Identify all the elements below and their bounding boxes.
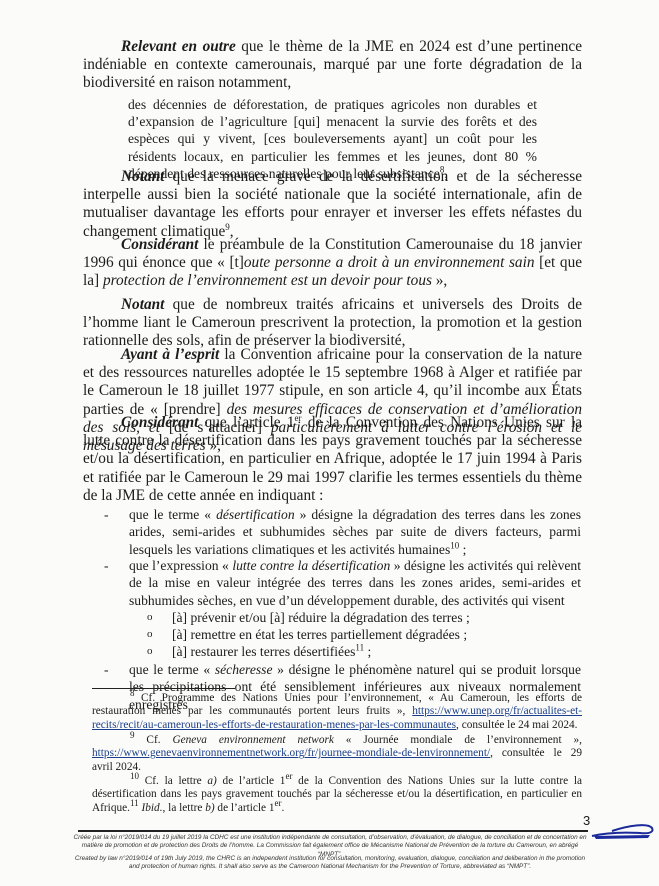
footnote-ref[interactable]: 10 xyxy=(450,540,459,550)
paragraph-lead: Relevant en outre xyxy=(121,38,236,55)
dash-bullet-icon: - xyxy=(104,557,109,574)
footer-text-en: Created by law n°2019/014 of 19th July 2… xyxy=(70,855,590,872)
pen-mark-icon xyxy=(590,822,658,844)
circle-bullet-icon: o xyxy=(147,626,153,643)
footnote-link[interactable]: https://www.genevaenvironnementnetwork.o… xyxy=(92,747,490,759)
paragraph-considerant-1: Considérant le préambule de la Constitut… xyxy=(83,236,582,291)
dash-bullet-icon: - xyxy=(104,506,109,523)
paragraph-notant-1: Notant que la menace grave de la déserti… xyxy=(83,168,582,241)
circle-bullet-icon: o xyxy=(147,643,153,660)
footnote-divider xyxy=(92,688,235,689)
footnote-8: 8 Cf. Programme des Nations Unies pour l… xyxy=(92,692,582,732)
paragraph-notant-2: Notant que de nombreux traités africains… xyxy=(83,296,582,351)
paragraph-considerant-2: Considérant que l’article 1er de la Conv… xyxy=(83,414,582,505)
footnote-9: 9 Cf. Geneva environnement network « Jou… xyxy=(92,734,582,774)
footnote-ref[interactable]: 11 xyxy=(355,642,364,652)
footer-divider xyxy=(78,830,588,832)
circle-bullet-icon: o xyxy=(147,609,153,626)
paragraph-relevant: Relevant en outre que le thème de la JME… xyxy=(83,38,582,93)
footnote-11: 11 Ibid., la lettre b) de l’article 1er. xyxy=(92,802,582,815)
dash-bullet-icon: - xyxy=(104,661,109,678)
